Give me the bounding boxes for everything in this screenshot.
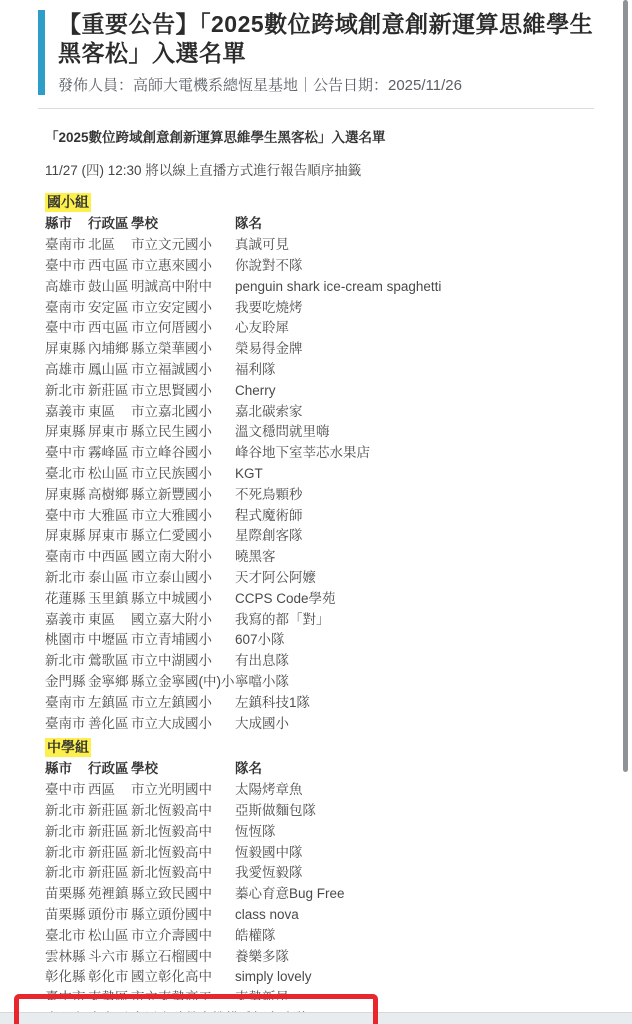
school-cell: 國立南大附小 xyxy=(131,547,235,568)
team-cell: 恆恆隊 xyxy=(235,822,276,843)
table-row: 屏東縣高樹鄉縣立新豐國小不死鳥顆秒 xyxy=(45,485,604,506)
county-cell: 新北市 xyxy=(45,801,88,822)
district-cell: 鼓山區 xyxy=(88,277,131,298)
team-cell: CCPS Code學苑 xyxy=(235,589,336,610)
county-cell: 臺南市 xyxy=(45,298,88,319)
county-cell: 桃園市 xyxy=(45,630,88,651)
team-cell: 心友聆犀 xyxy=(235,318,289,339)
school-cell: 明誠高中附中 xyxy=(131,277,235,298)
table-row: 臺中市東勢區市立東勢高工東勢新星 xyxy=(45,988,604,1000)
team-cell: 不死鳥顆秒 xyxy=(235,485,303,506)
county-cell: 臺南市 xyxy=(45,547,88,568)
county-cell: 嘉義市 xyxy=(45,402,88,423)
county-cell: 臺南市 xyxy=(45,714,88,735)
table-row: 屏東縣屏東市縣立仁愛國小星際創客隊 xyxy=(45,526,604,547)
group-label: 國小組 xyxy=(45,193,91,212)
table-row: 臺中市西屯區市立何厝國小心友聆犀 xyxy=(45,318,604,339)
school-cell: 市立文元國小 xyxy=(131,235,235,256)
district-cell: 新莊區 xyxy=(88,822,131,843)
district-cell: 松山區 xyxy=(88,464,131,485)
team-cell: 養樂多隊 xyxy=(235,947,289,968)
county-cell: 臺中市 xyxy=(45,988,88,1000)
district-cell: 彰化市 xyxy=(88,967,131,988)
district-cell: 松山區 xyxy=(88,926,131,947)
column-header-county: 縣市 xyxy=(45,214,88,235)
team-cell: 蓁心育意Bug Free xyxy=(235,884,345,905)
school-cell: 國立嘉大附小 xyxy=(131,610,235,631)
team-cell: 左鎮科技1隊 xyxy=(235,693,310,714)
school-cell: 市立介壽國中 xyxy=(131,926,235,947)
district-cell: 鶯歌區 xyxy=(88,651,131,672)
district-cell: 鳳山區 xyxy=(88,360,131,381)
table-row: 桃園市中壢區市立青埔國小607小隊 xyxy=(45,630,604,651)
district-cell: 內埔鄉 xyxy=(88,339,131,360)
table-row: 嘉義市東區國立嘉大附小我寫的都「對」 xyxy=(45,610,604,631)
school-cell: 縣立頭份國中 xyxy=(131,905,235,926)
school-cell: 市立大雅國小 xyxy=(131,506,235,527)
column-header-district: 行政區 xyxy=(88,759,131,780)
district-cell: 中壢區 xyxy=(88,630,131,651)
district-cell: 泰山區 xyxy=(88,568,131,589)
county-cell: 屏東縣 xyxy=(45,422,88,443)
team-cell: 皓權隊 xyxy=(235,926,276,947)
team-cell: Cherry xyxy=(235,381,276,402)
district-cell: 善化區 xyxy=(88,714,131,735)
list-title: 「2025數位跨域創意創新運算思維學生黑客松」入選名單 xyxy=(45,126,604,146)
title-accent-bar xyxy=(38,10,45,95)
table-row: 金門縣金寧鄉縣立金寧國(中)小寧噹小隊 xyxy=(45,672,604,693)
table-row: 臺北市松山區市立介壽國中皓權隊 xyxy=(45,926,604,947)
team-cell: 太陽烤章魚 xyxy=(235,780,303,801)
schedule-note: 11/27 (四) 12:30 將以線上直播方式進行報告順序抽籤 xyxy=(45,159,604,179)
table-row: 花蓮縣玉里鎮縣立中城國小CCPS Code學苑 xyxy=(45,589,604,610)
school-cell: 市立民族國小 xyxy=(131,464,235,485)
team-cell: KGT xyxy=(235,464,263,485)
county-cell: 嘉義市 xyxy=(45,610,88,631)
school-cell: 市立峰谷國小 xyxy=(131,443,235,464)
school-cell: 市立思賢國小 xyxy=(131,381,235,402)
school-cell: 市立安定國小 xyxy=(131,298,235,319)
district-cell: 東區 xyxy=(88,402,131,423)
district-cell: 東勢區 xyxy=(88,988,131,1000)
team-cell: 天才阿公阿嬤 xyxy=(235,568,316,589)
table-row: 新北市新莊區新北恆毅高中恆恆隊 xyxy=(45,822,604,843)
column-header-county: 縣市 xyxy=(45,759,88,780)
county-cell: 屏東縣 xyxy=(45,485,88,506)
team-cell: 東勢新星 xyxy=(235,988,289,1000)
district-cell: 西區 xyxy=(88,780,131,801)
team-cell: 溫文穩問就里嗨 xyxy=(235,422,330,443)
county-cell: 臺中市 xyxy=(45,780,88,801)
school-cell: 新北恆毅高中 xyxy=(131,822,235,843)
table-row: 屏東縣內埔鄉縣立榮華國小榮易得金牌 xyxy=(45,339,604,360)
district-cell: 新莊區 xyxy=(88,863,131,884)
county-cell: 新北市 xyxy=(45,381,88,402)
school-cell: 市立何厝國小 xyxy=(131,318,235,339)
district-cell: 大雅區 xyxy=(88,506,131,527)
team-cell: 你說對不隊 xyxy=(235,256,303,277)
county-cell: 臺南市 xyxy=(45,235,88,256)
county-cell: 臺北市 xyxy=(45,464,88,485)
county-cell: 臺中市 xyxy=(45,506,88,527)
team-cell: 寧噹小隊 xyxy=(235,672,289,693)
team-cell: 嘉北碳索家 xyxy=(235,402,303,423)
school-cell: 市立泰山國小 xyxy=(131,568,235,589)
table-row: 屏東縣屏東市縣立民生國小溫文穩問就里嗨 xyxy=(45,422,604,443)
roster: 國小組縣市行政區學校隊名臺南市北區市立文元國小真誠可見臺中市西屯區市立惠來國小你… xyxy=(45,189,604,1024)
column-header-team: 隊名 xyxy=(235,214,262,235)
table-row: 高雄市鼓山區明誠高中附中penguin shark ice-cream spag… xyxy=(45,277,604,298)
county-cell: 雲林縣 xyxy=(45,947,88,968)
county-cell: 臺中市 xyxy=(45,443,88,464)
table-row: 高雄市鳳山區市立福誠國小福利隊 xyxy=(45,360,604,381)
table-row: 臺北市松山區市立民族國小KGT xyxy=(45,464,604,485)
table-row: 臺南市中西區國立南大附小曉黑客 xyxy=(45,547,604,568)
school-cell: 市立左鎮國小 xyxy=(131,693,235,714)
district-cell: 斗六市 xyxy=(88,947,131,968)
team-cell: 福利隊 xyxy=(235,360,276,381)
district-cell: 安定區 xyxy=(88,298,131,319)
team-cell: 我愛恆毅隊 xyxy=(235,863,303,884)
county-cell: 臺中市 xyxy=(45,318,88,339)
scrollbar-thumb[interactable] xyxy=(623,0,628,772)
table-row: 臺南市善化區市立大成國小大成國小 xyxy=(45,714,604,735)
table-row: 臺中市西區市立光明國中太陽烤章魚 xyxy=(45,780,604,801)
district-cell: 頭份市 xyxy=(88,905,131,926)
school-cell: 新北恆毅高中 xyxy=(131,843,235,864)
school-cell: 縣立致民國中 xyxy=(131,884,235,905)
team-cell: 我寫的都「對」 xyxy=(235,610,330,631)
district-cell: 西屯區 xyxy=(88,256,131,277)
county-cell: 臺中市 xyxy=(45,256,88,277)
county-cell: 臺南市 xyxy=(45,693,88,714)
table-row: 新北市泰山區市立泰山國小天才阿公阿嬤 xyxy=(45,568,604,589)
team-cell: penguin shark ice-cream spaghetti xyxy=(235,277,441,298)
table-row: 臺中市霧峰區市立峰谷國小峰谷地下室莘芯水果店 xyxy=(45,443,604,464)
table-row: 苗栗縣苑裡鎮縣立致民國中蓁心育意Bug Free xyxy=(45,884,604,905)
county-cell: 屏東縣 xyxy=(45,526,88,547)
county-cell: 屏東縣 xyxy=(45,339,88,360)
school-cell: 市立東勢高工 xyxy=(131,988,235,1000)
table-row: 新北市新莊區新北恆毅高中恆毅國中隊 xyxy=(45,843,604,864)
table-row: 苗栗縣頭份市縣立頭份國中class nova xyxy=(45,905,604,926)
team-cell: 我要吃燒烤 xyxy=(235,298,303,319)
team-cell: 真誠可見 xyxy=(235,235,289,256)
county-cell: 高雄市 xyxy=(45,277,88,298)
column-header-district: 行政區 xyxy=(88,214,131,235)
district-cell: 左鎮區 xyxy=(88,693,131,714)
team-cell: 曉黑客 xyxy=(235,547,276,568)
district-cell: 霧峰區 xyxy=(88,443,131,464)
district-cell: 北區 xyxy=(88,235,131,256)
district-cell: 玉里鎮 xyxy=(88,589,131,610)
district-cell: 高樹鄉 xyxy=(88,485,131,506)
county-cell: 苗栗縣 xyxy=(45,884,88,905)
table-header-row: 縣市行政區學校隊名 xyxy=(45,214,604,235)
table-row: 臺南市左鎮區市立左鎮國小左鎮科技1隊 xyxy=(45,693,604,714)
district-cell: 西屯區 xyxy=(88,318,131,339)
team-cell: class nova xyxy=(235,905,299,926)
group-middle-school: 中學組縣市行政區學校隊名臺中市西區市立光明國中太陽烤章魚新北市新莊區新北恆毅高中… xyxy=(45,734,604,1024)
column-header-school: 學校 xyxy=(131,214,235,235)
school-cell: 縣立中城國小 xyxy=(131,589,235,610)
county-cell: 彰化縣 xyxy=(45,967,88,988)
school-cell: 縣立金寧國(中)小 xyxy=(131,672,235,693)
district-cell: 新莊區 xyxy=(88,381,131,402)
page-title: 【重要公告】「2025數位跨域創意創新運算思維學生黑客松」入選名單 xyxy=(58,10,602,68)
school-cell: 縣立石榴國中 xyxy=(131,947,235,968)
school-cell: 縣立仁愛國小 xyxy=(131,526,235,547)
district-cell: 新莊區 xyxy=(88,843,131,864)
district-cell: 東區 xyxy=(88,610,131,631)
county-cell: 新北市 xyxy=(45,822,88,843)
school-cell: 新北恆毅高中 xyxy=(131,801,235,822)
publisher-meta: 發佈人員：高師大電機系總恆星基地｜公告日期：2025/11/26 xyxy=(58,74,602,95)
school-cell: 新北恆毅高中 xyxy=(131,863,235,884)
county-cell: 苗栗縣 xyxy=(45,905,88,926)
county-cell: 新北市 xyxy=(45,863,88,884)
district-cell: 新莊區 xyxy=(88,801,131,822)
announcement-page: 【重要公告】「2025數位跨域創意創新運算思維學生黑客松」入選名單 發佈人員：高… xyxy=(0,0,632,1024)
school-cell: 縣立民生國小 xyxy=(131,422,235,443)
school-cell: 縣立榮華國小 xyxy=(131,339,235,360)
district-cell: 屏東市 xyxy=(88,422,131,443)
group-elementary-school: 國小組縣市行政區學校隊名臺南市北區市立文元國小真誠可見臺中市西屯區市立惠來國小你… xyxy=(45,189,604,734)
county-cell: 臺北市 xyxy=(45,926,88,947)
school-cell: 市立大成國小 xyxy=(131,714,235,735)
county-cell: 新北市 xyxy=(45,651,88,672)
team-cell: 星際創客隊 xyxy=(235,526,303,547)
table-row: 新北市新莊區新北恆毅高中亞斯做麵包隊 xyxy=(45,801,604,822)
table-row: 新北市新莊區新北恆毅高中我愛恆毅隊 xyxy=(45,863,604,884)
table-row: 雲林縣斗六市縣立石榴國中養樂多隊 xyxy=(45,947,604,968)
school-cell: 市立光明國中 xyxy=(131,780,235,801)
table-row: 新北市新莊區市立思賢國小Cherry xyxy=(45,381,604,402)
county-cell: 金門縣 xyxy=(45,672,88,693)
table-row: 新北市鶯歌區市立中湖國小有出息隊 xyxy=(45,651,604,672)
announcement-header: 【重要公告】「2025數位跨域創意創新運算思維學生黑客松」入選名單 發佈人員：高… xyxy=(38,10,602,95)
team-cell: 有出息隊 xyxy=(235,651,289,672)
team-cell: 程式魔術師 xyxy=(235,506,303,527)
team-cell: 恆毅國中隊 xyxy=(235,843,303,864)
district-cell: 屏東市 xyxy=(88,526,131,547)
header-divider xyxy=(38,108,594,109)
county-cell: 花蓮縣 xyxy=(45,589,88,610)
group-label: 中學組 xyxy=(45,738,91,757)
county-cell: 新北市 xyxy=(45,568,88,589)
team-cell: 大成國小 xyxy=(235,714,289,735)
table-row: 嘉義市東區市立嘉北國小嘉北碳索家 xyxy=(45,402,604,423)
team-cell: 榮易得金牌 xyxy=(235,339,303,360)
district-cell: 金寧鄉 xyxy=(88,672,131,693)
announcement-body: 「2025數位跨域創意創新運算思維學生黑客松」入選名單 11/27 (四) 12… xyxy=(45,126,604,1024)
school-cell: 市立惠來國小 xyxy=(131,256,235,277)
school-cell: 市立福誠國小 xyxy=(131,360,235,381)
county-cell: 高雄市 xyxy=(45,360,88,381)
district-cell: 苑裡鎮 xyxy=(88,884,131,905)
table-row: 彰化縣彰化市國立彰化高中simply lovely xyxy=(45,967,604,988)
team-cell: simply lovely xyxy=(235,967,312,988)
table-header-row: 縣市行政區學校隊名 xyxy=(45,759,604,780)
column-header-school: 學校 xyxy=(131,759,235,780)
table-row: 臺中市大雅區市立大雅國小程式魔術師 xyxy=(45,506,604,527)
team-cell: 峰谷地下室莘芯水果店 xyxy=(235,443,370,464)
team-cell: 亞斯做麵包隊 xyxy=(235,801,316,822)
school-cell: 市立中湖國小 xyxy=(131,651,235,672)
school-cell: 市立青埔國小 xyxy=(131,630,235,651)
footer-strip xyxy=(0,1012,632,1024)
county-cell: 新北市 xyxy=(45,843,88,864)
column-header-team: 隊名 xyxy=(235,759,262,780)
team-cell: 607小隊 xyxy=(235,630,285,651)
school-cell: 縣立新豐國小 xyxy=(131,485,235,506)
table-row: 臺南市北區市立文元國小真誠可見 xyxy=(45,235,604,256)
district-cell: 中西區 xyxy=(88,547,131,568)
table-row: 臺中市西屯區市立惠來國小你說對不隊 xyxy=(45,256,604,277)
school-cell: 市立嘉北國小 xyxy=(131,402,235,423)
school-cell: 國立彰化高中 xyxy=(131,967,235,988)
table-row: 臺南市安定區市立安定國小我要吃燒烤 xyxy=(45,298,604,319)
